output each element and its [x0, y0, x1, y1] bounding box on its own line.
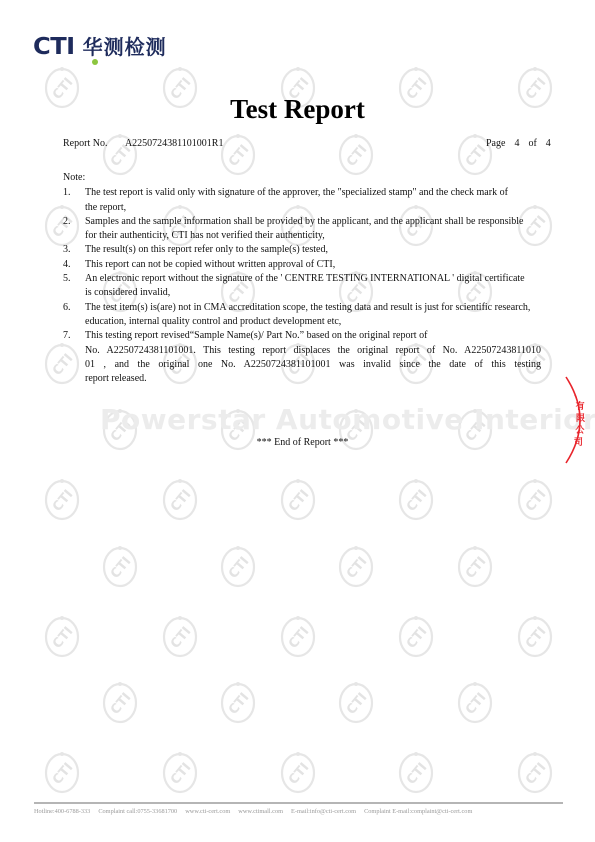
footer-contacts: Hotline:400-6788-333Complaint call:0755-… [34, 808, 574, 815]
report-number-label: Report No. [63, 138, 123, 149]
logo-brand: CTI [33, 36, 75, 59]
footer-item: www.cti-cert.com [185, 808, 230, 815]
svg-text:CTI: CTI [404, 624, 430, 651]
cti-seal-icon: CTI [164, 616, 196, 656]
svg-text:CTI: CTI [108, 554, 134, 581]
note-item: 3.The result(s) on this report refer onl… [63, 243, 541, 257]
cti-seal-icon: CTI [340, 546, 372, 586]
cti-seal-icon: CTI [340, 134, 372, 174]
cti-seal-icon: CTI [282, 479, 314, 519]
notes-section: Note: 1.The test report is valid only wi… [63, 171, 541, 386]
svg-text:CTI: CTI [523, 624, 549, 651]
svg-text:CTI: CTI [463, 690, 489, 717]
cti-seal-icon: CTI [519, 616, 551, 656]
svg-text:CTI: CTI [463, 554, 489, 581]
report-number-value: A2250724381101001R1 [125, 138, 224, 149]
page-indicator: Page 4 of 4 [486, 138, 551, 149]
cti-seal-icon: CTI [519, 479, 551, 519]
svg-text:CTI: CTI [286, 624, 312, 651]
note-number: 3. [63, 243, 85, 257]
cti-seal-icon: CTI [222, 682, 254, 722]
note-text: This testing report revised“Sample Name(… [85, 329, 541, 386]
svg-text:CTI: CTI [108, 690, 134, 717]
page-title: Test Report [0, 94, 595, 125]
note-number: 2. [63, 215, 85, 244]
note-number: 4. [63, 258, 85, 272]
cti-seal-icon: CTI [282, 752, 314, 792]
svg-text:CTI: CTI [286, 487, 312, 514]
cti-seal-icon: CTI [340, 682, 372, 722]
note-item: 5.An electronic report without the signa… [63, 272, 541, 301]
svg-text:CTI: CTI [226, 142, 252, 169]
svg-text:CTI: CTI [523, 760, 549, 787]
footer-item: E-mail:info@cti-cert.com [291, 808, 356, 815]
note-text: This report can not be copied without wr… [85, 258, 541, 272]
cti-seal-icon: CTI [104, 546, 136, 586]
svg-text:CTI: CTI [50, 624, 76, 651]
company-text-watermark: Powerstar Automotive Interiors [100, 403, 500, 436]
cti-seal-icon: CTI [400, 616, 432, 656]
footer-item: Complaint call:0755-33681700 [98, 808, 177, 815]
note-text: An electronic report without the signatu… [85, 272, 541, 301]
cti-seal-icon: CTI [46, 752, 78, 792]
svg-text:CTI: CTI [523, 487, 549, 514]
notes-list: 1.The test report is valid only with sig… [63, 186, 541, 386]
svg-text:CTI: CTI [168, 487, 194, 514]
svg-text:CTI: CTI [286, 760, 312, 787]
cti-seal-icon: CTI [222, 134, 254, 174]
footer-item: www.ctimall.com [238, 808, 283, 815]
note-item: 7.This testing report revised“Sample Nam… [63, 329, 541, 386]
footer-item: Hotline:400-6788-333 [34, 808, 90, 815]
svg-text:、有限公司: 、有限公司 [574, 390, 586, 448]
footer-divider [34, 802, 563, 804]
note-number: 7. [63, 329, 85, 386]
note-text: The test report is valid only with signa… [85, 186, 541, 215]
cti-seal-icon: CTI [459, 546, 491, 586]
end-of-report: *** End of Report *** [0, 437, 595, 448]
logo-dot-icon [92, 59, 98, 65]
report-number: Report No. A2250724381101001R1 [63, 138, 223, 149]
logo-chinese-name: 华测检测 [83, 36, 167, 59]
note-text: The test item(s) is(are) not in CMA accr… [85, 301, 541, 330]
note-number: 5. [63, 272, 85, 301]
notes-heading: Note: [63, 171, 541, 185]
cti-seal-icon: CTI [164, 479, 196, 519]
cti-logo: CTI 华测检测 [33, 33, 167, 59]
svg-text:CTI: CTI [50, 487, 76, 514]
red-stamp-icon: 、有限公司 [560, 375, 595, 465]
svg-text:CTI: CTI [404, 487, 430, 514]
note-item: 6.The test item(s) is(are) not in CMA ac… [63, 301, 541, 330]
cti-seal-icon: CTI [222, 546, 254, 586]
cti-seal-icon: CTI [46, 479, 78, 519]
cti-seal-icon: CTI [46, 616, 78, 656]
cti-seal-icon: CTI [519, 752, 551, 792]
svg-text:CTI: CTI [168, 624, 194, 651]
cti-seal-icon: CTI [400, 479, 432, 519]
cti-seal-icon: CTI [400, 752, 432, 792]
note-item: 2.Samples and the sample information sha… [63, 215, 541, 244]
svg-text:CTI: CTI [404, 760, 430, 787]
svg-text:CTI: CTI [226, 690, 252, 717]
svg-text:CTI: CTI [168, 760, 194, 787]
svg-text:CTI: CTI [226, 554, 252, 581]
note-item: 4.This report can not be copied without … [63, 258, 541, 272]
note-number: 1. [63, 186, 85, 215]
svg-text:CTI: CTI [344, 554, 370, 581]
footer-item: Complaint E-mail:complaint@cti-cert.com [364, 808, 472, 815]
note-item: 1.The test report is valid only with sig… [63, 186, 541, 215]
report-page: CTICTICTICTICTICTICTICTICTICTICTICTICTIC… [0, 0, 595, 842]
svg-text:CTI: CTI [344, 690, 370, 717]
note-text: Samples and the sample information shall… [85, 215, 541, 244]
cti-seal-icon: CTI [104, 682, 136, 722]
svg-text:CTI: CTI [50, 760, 76, 787]
cti-seal-icon: CTI [282, 616, 314, 656]
note-number: 6. [63, 301, 85, 330]
note-text: The result(s) on this report refer only … [85, 243, 541, 257]
cti-seal-icon: CTI [459, 682, 491, 722]
cti-seal-icon: CTI [164, 752, 196, 792]
svg-text:CTI: CTI [344, 142, 370, 169]
